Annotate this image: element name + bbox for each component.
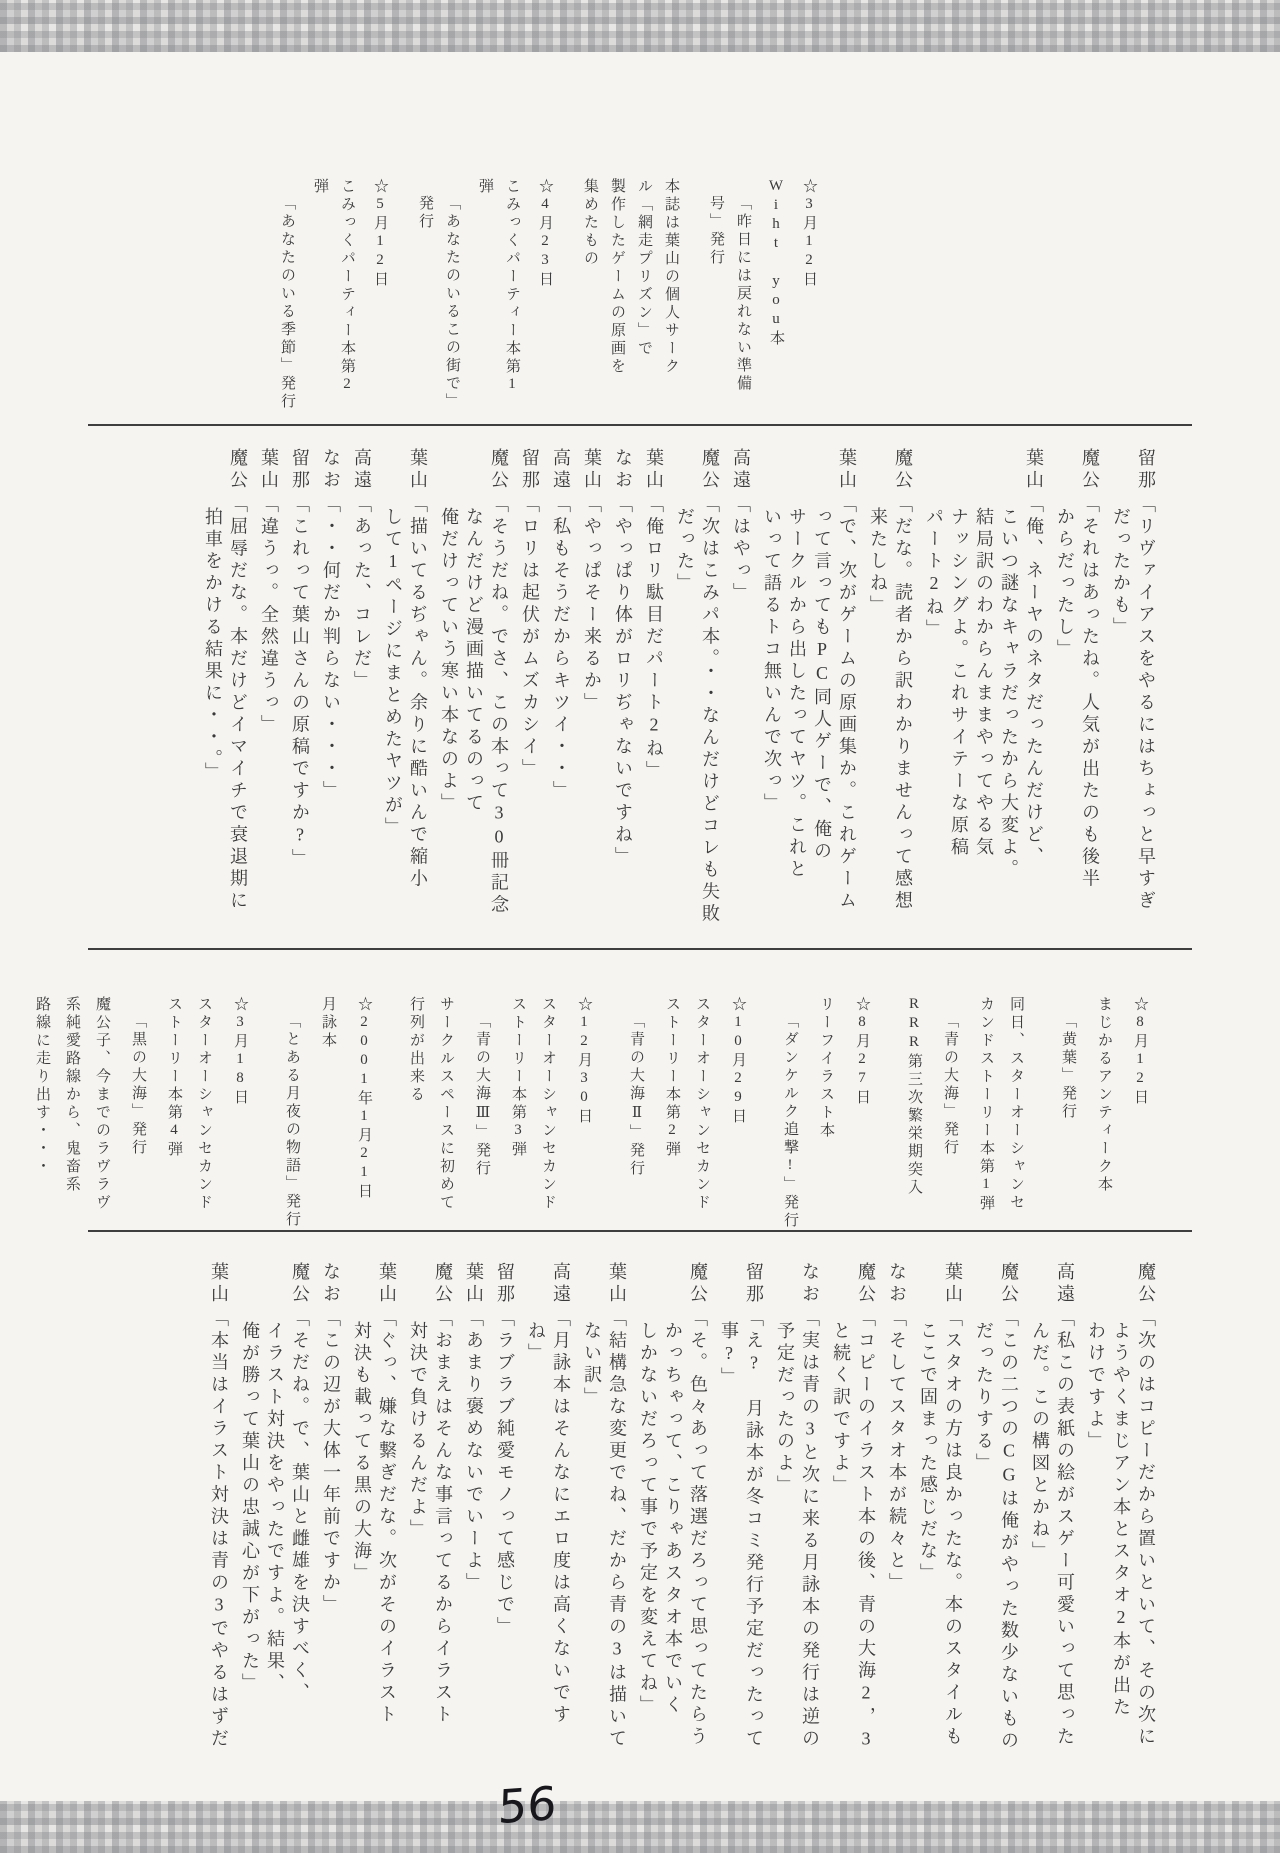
dialogue-line: 葉山「あまり褒めないでいーよ」 xyxy=(461,1262,486,1796)
dialogue-text: 「やっぱり体がロリぢゃないですね」 xyxy=(613,495,633,869)
dialogue-line: 葉山「スタオの方は良かったな。本のスタイルも ここで固まった感じだな」 xyxy=(915,1262,965,1796)
dialogue-text: 「ぐっ、嫌な繋ぎだな。次がそのイラスト 対決も載ってる黒の大海」 xyxy=(352,1309,397,1727)
announcement-line: こみっくパーティー本第2 弾 xyxy=(306,178,360,420)
dialogue-line: 魔公「それはあったね。人気が出たのも後半 からだったし」 xyxy=(1052,448,1102,950)
announcement-line: ☆12月30日 xyxy=(569,996,599,1236)
announcement-line: 「あなたのいるこの街で」 発行 xyxy=(411,178,465,420)
dialogue-text: 「あまり褒めないでいーよ」 xyxy=(464,1309,484,1595)
dialogue-line: 留那「リヴァイアスをやるにはちょっと早すぎ だったかも」 xyxy=(1108,448,1158,950)
announcement-text: 「青の大海Ⅱ」発行 xyxy=(628,1013,644,1178)
dialogue-line: 魔公「次のはコピーだから置いといて、その次に ようやくまじアン本とスタオ2本が出… xyxy=(1083,1262,1158,1796)
dialogue-line: 高遠「はやっ」 xyxy=(728,448,753,950)
announcement-line: まじかるアンティーク本 xyxy=(1089,996,1119,1236)
dialogue-line: 魔公「屈辱だな。本だけどイマイチで衰退期に 拍車をかける結果に・・。」 xyxy=(200,448,250,950)
announcement-line: 「とある月夜の物語」発行 xyxy=(277,996,307,1236)
dialogue-line: 魔公「この二つのCGは俺がやった数少ないもの だったりする」 xyxy=(971,1262,1021,1796)
horizontal-rule-1 xyxy=(88,424,1192,426)
dialogue-line: 葉山「で、次がゲームの原画集か。これゲーム って言ってもPC同人ゲーで、俺の サ… xyxy=(759,448,859,950)
announcement-text: 本誌は葉山の個人サーク ル「網走プリズン」で 製作したゲームの原画を 集めたもの xyxy=(582,178,679,376)
announcement-line: スターオーシャンセカンド ストーリー本第2弾 xyxy=(657,996,717,1236)
dialogue-text: 「スタオの方は良かったな。本のスタイルも ここで固まった感じだな」 xyxy=(918,1309,963,1749)
dialogue-line: なお「やっぱり体がロリぢゃないですね」 xyxy=(610,448,635,950)
dialogue-text: 「・・何だか判らない・・・」 xyxy=(321,495,341,803)
announcement-text: 「青の大海Ⅲ」発行 xyxy=(474,1013,490,1178)
dialogue-line: なお「そしてスタオ本が続々と」 xyxy=(884,1262,909,1796)
announcement-text: ☆5月12日 xyxy=(372,178,388,289)
announcement-text: スターオーシャンセカンド ストーリー本第2弾 xyxy=(664,996,710,1212)
announcement-line: 「青の大海Ⅱ」発行 xyxy=(621,996,651,1236)
dialogue-text: 「それはあったね。人気が出たのも後半 からだったし」 xyxy=(1055,495,1100,891)
speaker-label: 高遠 xyxy=(551,448,571,492)
announcement-text: ☆10月29日 xyxy=(730,996,746,1126)
speaker-label: なお xyxy=(613,448,633,492)
dialogue-line: 葉山「ぐっ、嫌な繋ぎだな。次がそのイラスト 対決も載ってる黒の大海」 xyxy=(349,1262,399,1796)
speaker-label: 葉山 xyxy=(644,448,664,492)
scanned-doujinshi-page: ☆3月12日Wiht you本「昨日には戻れない準備 号」発行本誌は葉山の個人サ… xyxy=(0,0,1280,1853)
announcement-line: 「あなたのいる季節」発行 xyxy=(273,178,300,420)
speaker-label: 高遠 xyxy=(551,1262,571,1306)
dialogue-text: 「え? 月詠本が冬コミ発行予定だったって 事?」 xyxy=(719,1309,764,1751)
announcement-line: ☆5月12日 xyxy=(366,178,393,420)
top-dates-section: ☆3月12日Wiht you本「昨日には戻れない準備 号」発行本誌は葉山の個人サ… xyxy=(273,178,822,420)
dialogue-line: 葉山「描いてるぢゃん。余りに酷いんで縮小 して1ページにまとめたヤツが」 xyxy=(380,448,430,950)
dialogue-text: 「ロリは起伏がムズカシイ」 xyxy=(520,495,540,781)
announcement-line: こみっくパーティー本第1 弾 xyxy=(471,178,525,420)
speaker-label: 魔公 xyxy=(228,448,248,492)
announcement-line: ☆8月27日 xyxy=(847,996,877,1236)
announcement-line: 「昨日には戻れない準備 号」発行 xyxy=(702,178,756,420)
speaker-label: なお xyxy=(800,1262,820,1306)
dialogue-line: 葉山「俺ロリ駄目だパート2ね」 xyxy=(641,448,666,950)
dialogue-text: 「私この表紙の絵がスゲー可愛いって思った んだ。この構図とかね」 xyxy=(1030,1309,1075,1749)
dialogue-line: 魔公「そうだね。でさ、この本って30冊記念 なんだけど漫画描いてるのって 俺だけ… xyxy=(436,448,511,950)
dialogue-text: 「そ。色々あって落選だろって思ってたらう かっちゃって、こりゃあスタオ本でいく … xyxy=(638,1309,708,1749)
dialogue-text: 「はやっ」 xyxy=(731,495,751,605)
announcement-line: 「青の大海」発行 xyxy=(935,996,965,1236)
announcement-text: 「あなたのいる季節」発行 xyxy=(279,195,295,411)
speaker-label: 魔公 xyxy=(1136,1262,1156,1306)
dialogue-line: 留那「ラブラブ純愛モノって感じで」 xyxy=(492,1262,517,1796)
announcement-line: 「黒の大海」発行 xyxy=(123,996,153,1236)
speaker-label: 魔公 xyxy=(856,1262,876,1306)
dialogue-line: 葉山「違うっ。全然違うっ」 xyxy=(256,448,281,950)
dialogue-text: 「リヴァイアスをやるにはちょっと早すぎ だったかも」 xyxy=(1111,495,1156,913)
dialogue-text: 「次のはコピーだから置いといて、その次に ようやくまじアン本とスタオ2本が出た … xyxy=(1086,1309,1156,1749)
speaker-label: 魔公 xyxy=(1080,448,1100,492)
dialogue-text: 「私もそうだからキツイ・・」 xyxy=(551,495,571,803)
dialogue-line: 高遠「あった、コレだ」 xyxy=(349,448,374,950)
speaker-label: 魔公 xyxy=(489,448,509,492)
dialogue-text: 「本当はイラスト対決は青の3でやるはずだ xyxy=(209,1309,229,1751)
dialogue-text: 「月詠本はそんなにエロ度は高くないです ね」 xyxy=(526,1309,571,1727)
announcement-text: 「ダンケルク追撃!」発行 xyxy=(782,1013,798,1230)
announcement-text: スターオーシャンセカンド ストーリー本第3弾 xyxy=(510,996,556,1212)
dialogue-text: 「コピーのイラスト本の後、青の大海2，3 と続く訳ですよ」 xyxy=(831,1309,876,1753)
speaker-label: 葉山 xyxy=(1024,448,1044,492)
announcement-line: RRR第三次繁栄期突入 xyxy=(899,996,929,1236)
speaker-label: 葉山 xyxy=(408,448,428,492)
announcement-text: 同日、スターオーシャンセ カンドストーリー本第1弾 xyxy=(978,996,1024,1213)
dialogue-line: 魔公「コピーのイラスト本の後、青の大海2，3 と続く訳ですよ」 xyxy=(828,1262,878,1796)
announcement-line: 「黄葉」発行 xyxy=(1053,996,1083,1236)
dialogue-line: 魔公「だな。読者から訳わかりませんって感想 来たしね」 xyxy=(865,448,915,950)
dialogue-line: 留那「これって葉山さんの原稿ですか?」 xyxy=(287,448,312,950)
announcement-line: 本誌は葉山の個人サーク ル「網走プリズン」で 製作したゲームの原画を 集めたもの xyxy=(576,178,684,420)
speaker-label: 高遠 xyxy=(352,448,372,492)
dialogue-text: 「この辺が大体一年前ですか」 xyxy=(321,1309,341,1617)
dialogue-text: 「この二つのCGは俺がやった数少ないもの だったりする」 xyxy=(974,1309,1019,1753)
dialogue-text: 「屈辱だな。本だけどイマイチで衰退期に 拍車をかける結果に・・。」 xyxy=(203,495,248,913)
speaker-label: なお xyxy=(321,1262,341,1306)
announcement-line: 魔公子、今までのラヴラヴ 系純愛路線から、鬼畜系 路線に走り出す・・・ xyxy=(27,996,117,1236)
speaker-label: 葉山 xyxy=(209,1262,229,1306)
speaker-label: 葉山 xyxy=(259,448,279,492)
announcement-text: こみっくパーティー本第2 弾 xyxy=(312,178,355,395)
speaker-label: 魔公 xyxy=(290,1262,310,1306)
speaker-label: 魔公 xyxy=(688,1262,708,1306)
dialogue-line: 葉山「やっぱそー来るか」 xyxy=(579,448,604,950)
announcement-text: 「昨日には戻れない準備 号」発行 xyxy=(708,195,751,393)
dialogue-line: 魔公「おまえはそんな事言ってるからイラスト 対決で負けるんだよ」 xyxy=(405,1262,455,1796)
speaker-label: 葉山 xyxy=(464,1262,484,1306)
dialogue-text: 「違うっ。全然違うっ」 xyxy=(259,495,279,737)
mid-dates-section: ☆8月12日まじかるアンティーク本「黄葉」発行同日、スターオーシャンセ カンドス… xyxy=(27,996,1155,1236)
speaker-label: 魔公 xyxy=(893,448,913,492)
announcement-text: ☆3月12日 xyxy=(801,178,817,289)
announcement-text: ☆3月18日 xyxy=(232,996,248,1107)
dialogue-text: 「やっぱそー来るか」 xyxy=(582,495,602,715)
announcement-text: リーフイラスト本 xyxy=(818,996,834,1140)
announcement-line: Wiht you本 xyxy=(762,178,789,420)
dialogue-line: 葉山「俺、ネーヤのネタだったんだけど、 こいつ謎なキャラだったから大変よ。 結局… xyxy=(921,448,1046,950)
announcement-text: Wiht you本 xyxy=(768,178,784,348)
announcement-line: ☆3月18日 xyxy=(225,996,255,1236)
speaker-label: 留那 xyxy=(1136,448,1156,492)
dialogue-text: 「そしてスタオ本が続々と」 xyxy=(887,1309,907,1595)
dialogue-text: 「あった、コレだ」 xyxy=(352,495,372,693)
announcement-line: ☆8月12日 xyxy=(1125,996,1155,1236)
dialogue-text: 「おまえはそんな事言ってるからイラスト 対決で負けるんだよ」 xyxy=(408,1309,453,1727)
dialogue-line: 留那「え? 月詠本が冬コミ発行予定だったって 事?」 xyxy=(716,1262,766,1796)
announcement-line: サークルスペースに初めて 行列が出来る xyxy=(401,996,461,1236)
plaid-border-top xyxy=(0,0,1280,52)
speaker-label: 留那 xyxy=(520,448,540,492)
dialogue-text: 「俺ロリ駄目だパート2ね」 xyxy=(644,495,664,783)
speaker-label: 魔公 xyxy=(433,1262,453,1306)
announcement-text: 「とある月夜の物語」発行 xyxy=(284,1013,300,1229)
announcement-text: ☆12月30日 xyxy=(576,996,592,1126)
dialogue-line: 魔公「次はこみパ本。・・なんだけどコレも失敗 だった」 xyxy=(672,448,722,950)
dialogue-line: 葉山「結構急な変更でね、だから青の3は描いて ない訳」 xyxy=(579,1262,629,1796)
dialogue-line: 留那「ロリは起伏がムズカシイ」 xyxy=(517,448,542,950)
dialogue-line: 葉山「本当はイラスト対決は青の3でやるはずだ xyxy=(206,1262,231,1796)
announcement-text: スターオーシャンセカンド ストーリー本第4弾 xyxy=(166,996,212,1212)
dialogue-line: なお「この辺が大体一年前ですか」 xyxy=(318,1262,343,1796)
announcement-text: 「あなたのいるこの街で」 発行 xyxy=(417,195,460,411)
announcement-text: 「黒の大海」発行 xyxy=(130,1013,146,1157)
announcement-text: まじかるアンティーク本 xyxy=(1096,996,1112,1194)
dialogue-text: 「で、次がゲームの原画集か。これゲーム って言ってもPC同人ゲーで、俺の サーク… xyxy=(762,495,857,913)
dialogue-line: 高遠「私もそうだからキツイ・・」 xyxy=(548,448,573,950)
dialogue-text: 「ラブラブ純愛モノって感じで」 xyxy=(495,1309,515,1639)
speaker-label: 葉山 xyxy=(607,1262,627,1306)
speaker-label: 葉山 xyxy=(582,448,602,492)
announcement-line: スターオーシャンセカンド ストーリー本第4弾 xyxy=(159,996,219,1236)
dialogue-text: 「だな。読者から訳わかりませんって感想 来たしね」 xyxy=(868,495,913,913)
announcement-line: 同日、スターオーシャンセ カンドストーリー本第1弾 xyxy=(971,996,1031,1236)
announcement-text: ☆4月23日 xyxy=(537,178,553,289)
dialogue-text: 「これって葉山さんの原稿ですか?」 xyxy=(290,495,310,871)
announcement-line: スターオーシャンセカンド ストーリー本第3弾 xyxy=(503,996,563,1236)
speaker-label: 葉山 xyxy=(377,1262,397,1306)
announcement-text: 魔公子、今までのラヴラヴ 系純愛路線から、鬼畜系 路線に走り出す・・・ xyxy=(34,996,110,1212)
horizontal-rule-2 xyxy=(88,948,1192,950)
bottom-dialogue-section: 魔公「次のはコピーだから置いといて、その次に ようやくまじアン本とスタオ2本が出… xyxy=(206,1262,1158,1796)
speaker-label: 葉山 xyxy=(837,448,857,492)
announcement-text: こみっくパーティー本第1 弾 xyxy=(477,178,520,395)
announcement-line: ☆3月12日 xyxy=(795,178,822,420)
announcement-line: ☆10月29日 xyxy=(723,996,753,1236)
speaker-label: 留那 xyxy=(290,448,310,492)
dialogue-text: 「次はこみパ本。・・なんだけどコレも失敗 だった」 xyxy=(675,495,720,926)
speaker-label: なお xyxy=(887,1262,907,1306)
dialogue-line: 高遠「月詠本はそんなにエロ度は高くないです ね」 xyxy=(523,1262,573,1796)
announcement-line: 「ダンケルク追撃!」発行 xyxy=(775,996,805,1236)
announcement-text: RRR第三次繁栄期突入 xyxy=(906,996,922,1197)
dialogue-line: 魔公「そだね。で、葉山と雌雄を決すべく、 イラスト対決をやったですよ。結果、 俺… xyxy=(237,1262,312,1796)
announcement-text: ☆2001年1月21日 xyxy=(356,996,372,1201)
announcement-line: リーフイラスト本 xyxy=(811,996,841,1236)
speaker-label: なお xyxy=(321,448,341,492)
dialogue-text: 「そうだね。でさ、この本って30冊記念 なんだけど漫画描いてるのって 俺だけって… xyxy=(439,495,509,917)
announcement-text: 「青の大海」発行 xyxy=(942,1013,958,1157)
dialogue-text: 「結構急な変更でね、だから青の3は描いて ない訳」 xyxy=(582,1309,627,1751)
announcement-line: ☆2001年1月21日 xyxy=(349,996,379,1236)
dialogue-line: なお「実は青の3と次に来る月詠本の発行は逆の 予定だったのよ」 xyxy=(772,1262,822,1796)
page-number: 56 xyxy=(497,1776,557,1834)
dialogue-text: 「実は青の3と次に来る月詠本の発行は逆の 予定だったのよ」 xyxy=(775,1309,820,1751)
speaker-label: 葉山 xyxy=(943,1262,963,1306)
announcement-text: ☆8月27日 xyxy=(854,996,870,1107)
announcement-text: サークルスペースに初めて 行列が出来る xyxy=(408,996,454,1212)
mid-dialogue-section: 留那「リヴァイアスをやるにはちょっと早すぎ だったかも」魔公「それはあったね。人… xyxy=(200,448,1158,950)
announcement-line: 「青の大海Ⅲ」発行 xyxy=(467,996,497,1236)
announcement-line: 月詠本 xyxy=(313,996,343,1236)
dialogue-line: 魔公「そ。色々あって落選だろって思ってたらう かっちゃって、こりゃあスタオ本でい… xyxy=(635,1262,710,1796)
horizontal-rule-3 xyxy=(88,1230,1192,1232)
speaker-label: 魔公 xyxy=(700,448,720,492)
speaker-label: 魔公 xyxy=(999,1262,1019,1306)
speaker-label: 高遠 xyxy=(1055,1262,1075,1306)
announcement-text: 月詠本 xyxy=(320,996,336,1050)
dialogue-text: 「そだね。で、葉山と雌雄を決すべく、 イラスト対決をやったですよ。結果、 俺が勝… xyxy=(240,1309,310,1705)
speaker-label: 高遠 xyxy=(731,448,751,492)
dialogue-text: 「俺、ネーヤのネタだったんだけど、 こいつ謎なキャラだったから大変よ。 結局訳の… xyxy=(924,495,1044,882)
announcement-line: ☆4月23日 xyxy=(531,178,558,420)
announcement-text: 「黄葉」発行 xyxy=(1060,1013,1076,1121)
dialogue-line: 高遠「私この表紙の絵がスゲー可愛いって思った んだ。この構図とかね」 xyxy=(1027,1262,1077,1796)
plaid-border-bottom xyxy=(0,1801,1280,1853)
dialogue-line: なお「・・何だか判らない・・・」 xyxy=(318,448,343,950)
speaker-label: 留那 xyxy=(744,1262,764,1306)
dialogue-text: 「描いてるぢゃん。余りに酷いんで縮小 して1ページにまとめたヤツが」 xyxy=(383,495,428,891)
announcement-text: ☆8月12日 xyxy=(1132,996,1148,1107)
speaker-label: 留那 xyxy=(495,1262,515,1306)
